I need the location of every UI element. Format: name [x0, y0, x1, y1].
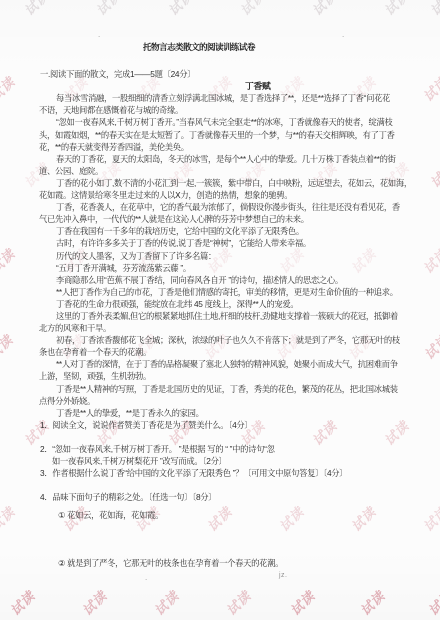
text-line: 4．品味下面句子的精彩之处。〔任选一句〕〔8分〕	[39, 491, 402, 503]
text-line: “忽如一夜春风来,千树万树丁香开。”当春风气未完全驱走**的冰寒，丁香就像春天的…	[39, 116, 402, 128]
watermark-text: 试读	[418, 502, 440, 535]
watermark-text: 试读	[355, 586, 388, 619]
essay-title: 丁香赋	[39, 80, 402, 92]
text-line: 3．作者根据什么说丁香“给中国的文化平添了无限秀色 ”？〔可用文中原句答复〕〔4…	[39, 467, 402, 479]
text-line: 道、公园、庭院。	[39, 165, 402, 177]
watermark-text: 试读	[418, 244, 440, 277]
watermark-text: 试读	[423, 586, 440, 619]
text-line: 点得分外娇娆。	[39, 395, 402, 407]
scanned-test-paper-page: 试读试读试读试读试读试读试读试读试读试读试读试读试读试读试读试读试读试读试读试读…	[0, 0, 440, 620]
watermark-text: 试读	[285, 586, 318, 619]
text-line: 每当冰雪消融，一股细细的清香立刻浮满北国冰城，是丁香选择了**，还是**选择了丁…	[39, 92, 402, 104]
text-line: 如一夜春风来,千树万树梨花开 ”改写而成。〔2分〕	[39, 455, 402, 467]
watermark-text: 试读	[0, 244, 19, 277]
text-line: 北方的风寒和干旱。	[39, 322, 402, 334]
text-line: 丁香花的生命力很顽强，能绽放在北纬 45 度线上，深得**人的宠爱。	[39, 298, 402, 310]
scan-speck: .	[98, 30, 100, 39]
watermark-text: 试读	[425, 0, 440, 19]
watermark-text: 试读	[418, 72, 440, 105]
answer-space	[39, 479, 402, 491]
watermark-text: 试读	[19, 0, 52, 19]
text-line: “五月丁香开满城，芬芳流荡紫云藤 ”。	[39, 262, 402, 274]
page-number: jz.	[279, 572, 288, 579]
text-line: 花如霞。这情景给寒冬里走过来的人以Ⅹ力，创造的热情，想象的驰骋。	[39, 189, 402, 201]
text-line: 丁香是**人精神的写照，丁香是北国历史的见证，丁香，秀美的花色，繁茂的花丛，把北…	[39, 383, 402, 395]
watermark-text: 试读	[379, 0, 412, 19]
watermark-text: 试读	[0, 502, 19, 535]
text-line: 李商隐那么用“芭蕉不展丁香结，同向春风各自开 ”的诗句，描述情人的思恋之心。	[39, 274, 402, 286]
text-line: 上游，坚韧，顽强，生机勃勃。	[39, 370, 402, 382]
watermark-text: 试读	[91, 0, 124, 19]
answer-space	[39, 534, 402, 546]
watermark-text: 试读	[425, 158, 440, 191]
text-line: 不语，天地间都在感慨着花与城的奇缘。	[39, 104, 402, 116]
text-line: 这里的丁香外表柔媚,但它的根紧紧地抓住土地,杆细的枝杆,劲健地支撑着一簇硕大的花…	[39, 310, 402, 322]
scan-speck: .	[145, 573, 147, 582]
watermark-text: 试读	[5, 586, 38, 619]
text-line: 2．“忽如一夜春风来,千树万树丁香开。 ”是根据 写的 “ ”中的诗句“忽	[39, 443, 402, 455]
watermark-text: 试读	[419, 330, 440, 363]
page-title: 托物言志类散文的阅读训练试卷	[39, 41, 402, 53]
text-line: 丁香是**人的挚爱，**是丁香永久的家园。	[39, 407, 402, 419]
scan-speck: .	[342, 30, 344, 39]
text-line: 气已先冲入鼻中，一代代的**人就是在这沁人心脾的芬芳中梦想自己的未来。	[39, 213, 402, 225]
text-line: 古时，有许许多多关于丁香的传说,说丁香是“神树”，它能给人带来幸福。	[39, 237, 402, 249]
text-line: **人对丁香的深情，在于丁香的品格凝聚了塞北人独特的精神风貌，她聚小而成大气，抗…	[39, 358, 402, 370]
text-line: 条也在孕育着一个春天的花潮。	[39, 346, 402, 358]
watermark-text: 试读	[235, 0, 268, 19]
text-line: ② 就是到了严冬，它那无叶的枝条也在孕育着一个春天的花潮。	[39, 557, 402, 569]
text-line: 春天的丁香花，夏天的太阳岛，冬天的冰雪，是每个**人心中的挚爱。几十万株丁香装点…	[39, 153, 402, 165]
text-line: ① 花如云，花如海，花如霞。	[39, 509, 402, 521]
section-heading: 一.阅读下面的散文，完成1——5题〔24分〕	[39, 68, 402, 80]
text-line: 丁香，花香袭人，在花草中，它的香气最为浓郁了，倘假设你漫步街头，往往是还没有看见…	[39, 201, 402, 213]
text-line: 丁香的花小如丁,数不清的小花汇到一起,一簇簇，紫中带白，白中映粉，远远望去，花如…	[39, 177, 402, 189]
watermark-text: 试读	[149, 586, 182, 619]
text-line: 初春，丁香浓香馥郁花飞全城；深秋，浓绿的叶子也久久不肯落下；就是到了严冬，它那无…	[39, 334, 402, 346]
text-line: 头，如霞如烟，**的春天实在是太短暂了。丁香就像春天里的一个梦，与**的春天交相…	[39, 129, 402, 141]
watermark-text: 试读	[0, 72, 19, 105]
watermark-text: 试读	[0, 330, 17, 363]
answer-space	[39, 522, 402, 534]
watermark-text: 试读	[163, 0, 196, 19]
document-text-column: 托物言志类散文的阅读训练试卷一.阅读下面的散文，完成1——5题〔24分〕丁香赋每…	[39, 41, 402, 569]
text-line: 1．阅读全文，说说作者赞美丁香花是为了赞美什么。〔4分〕	[39, 419, 402, 431]
text-line: **人把丁香作为自己的市花，丁香是他们情感的寄托，审美的移情，更是对生命价值的一…	[39, 286, 402, 298]
watermark-text: 试读	[77, 586, 110, 619]
text-line: 花，**的春天就变得芳香四溢，美伦美奂。	[39, 141, 402, 153]
answer-space	[39, 431, 402, 443]
text-line: 历代的文人墨客，又为丁香留下了许多名篇：	[39, 250, 402, 262]
watermark-text: 试读	[221, 586, 254, 619]
text-line: 丁香在我国有一千多年的栽培历史，它给中国的文化平添了无限秀色。	[39, 225, 402, 237]
watermark-text: 试读	[307, 0, 340, 19]
